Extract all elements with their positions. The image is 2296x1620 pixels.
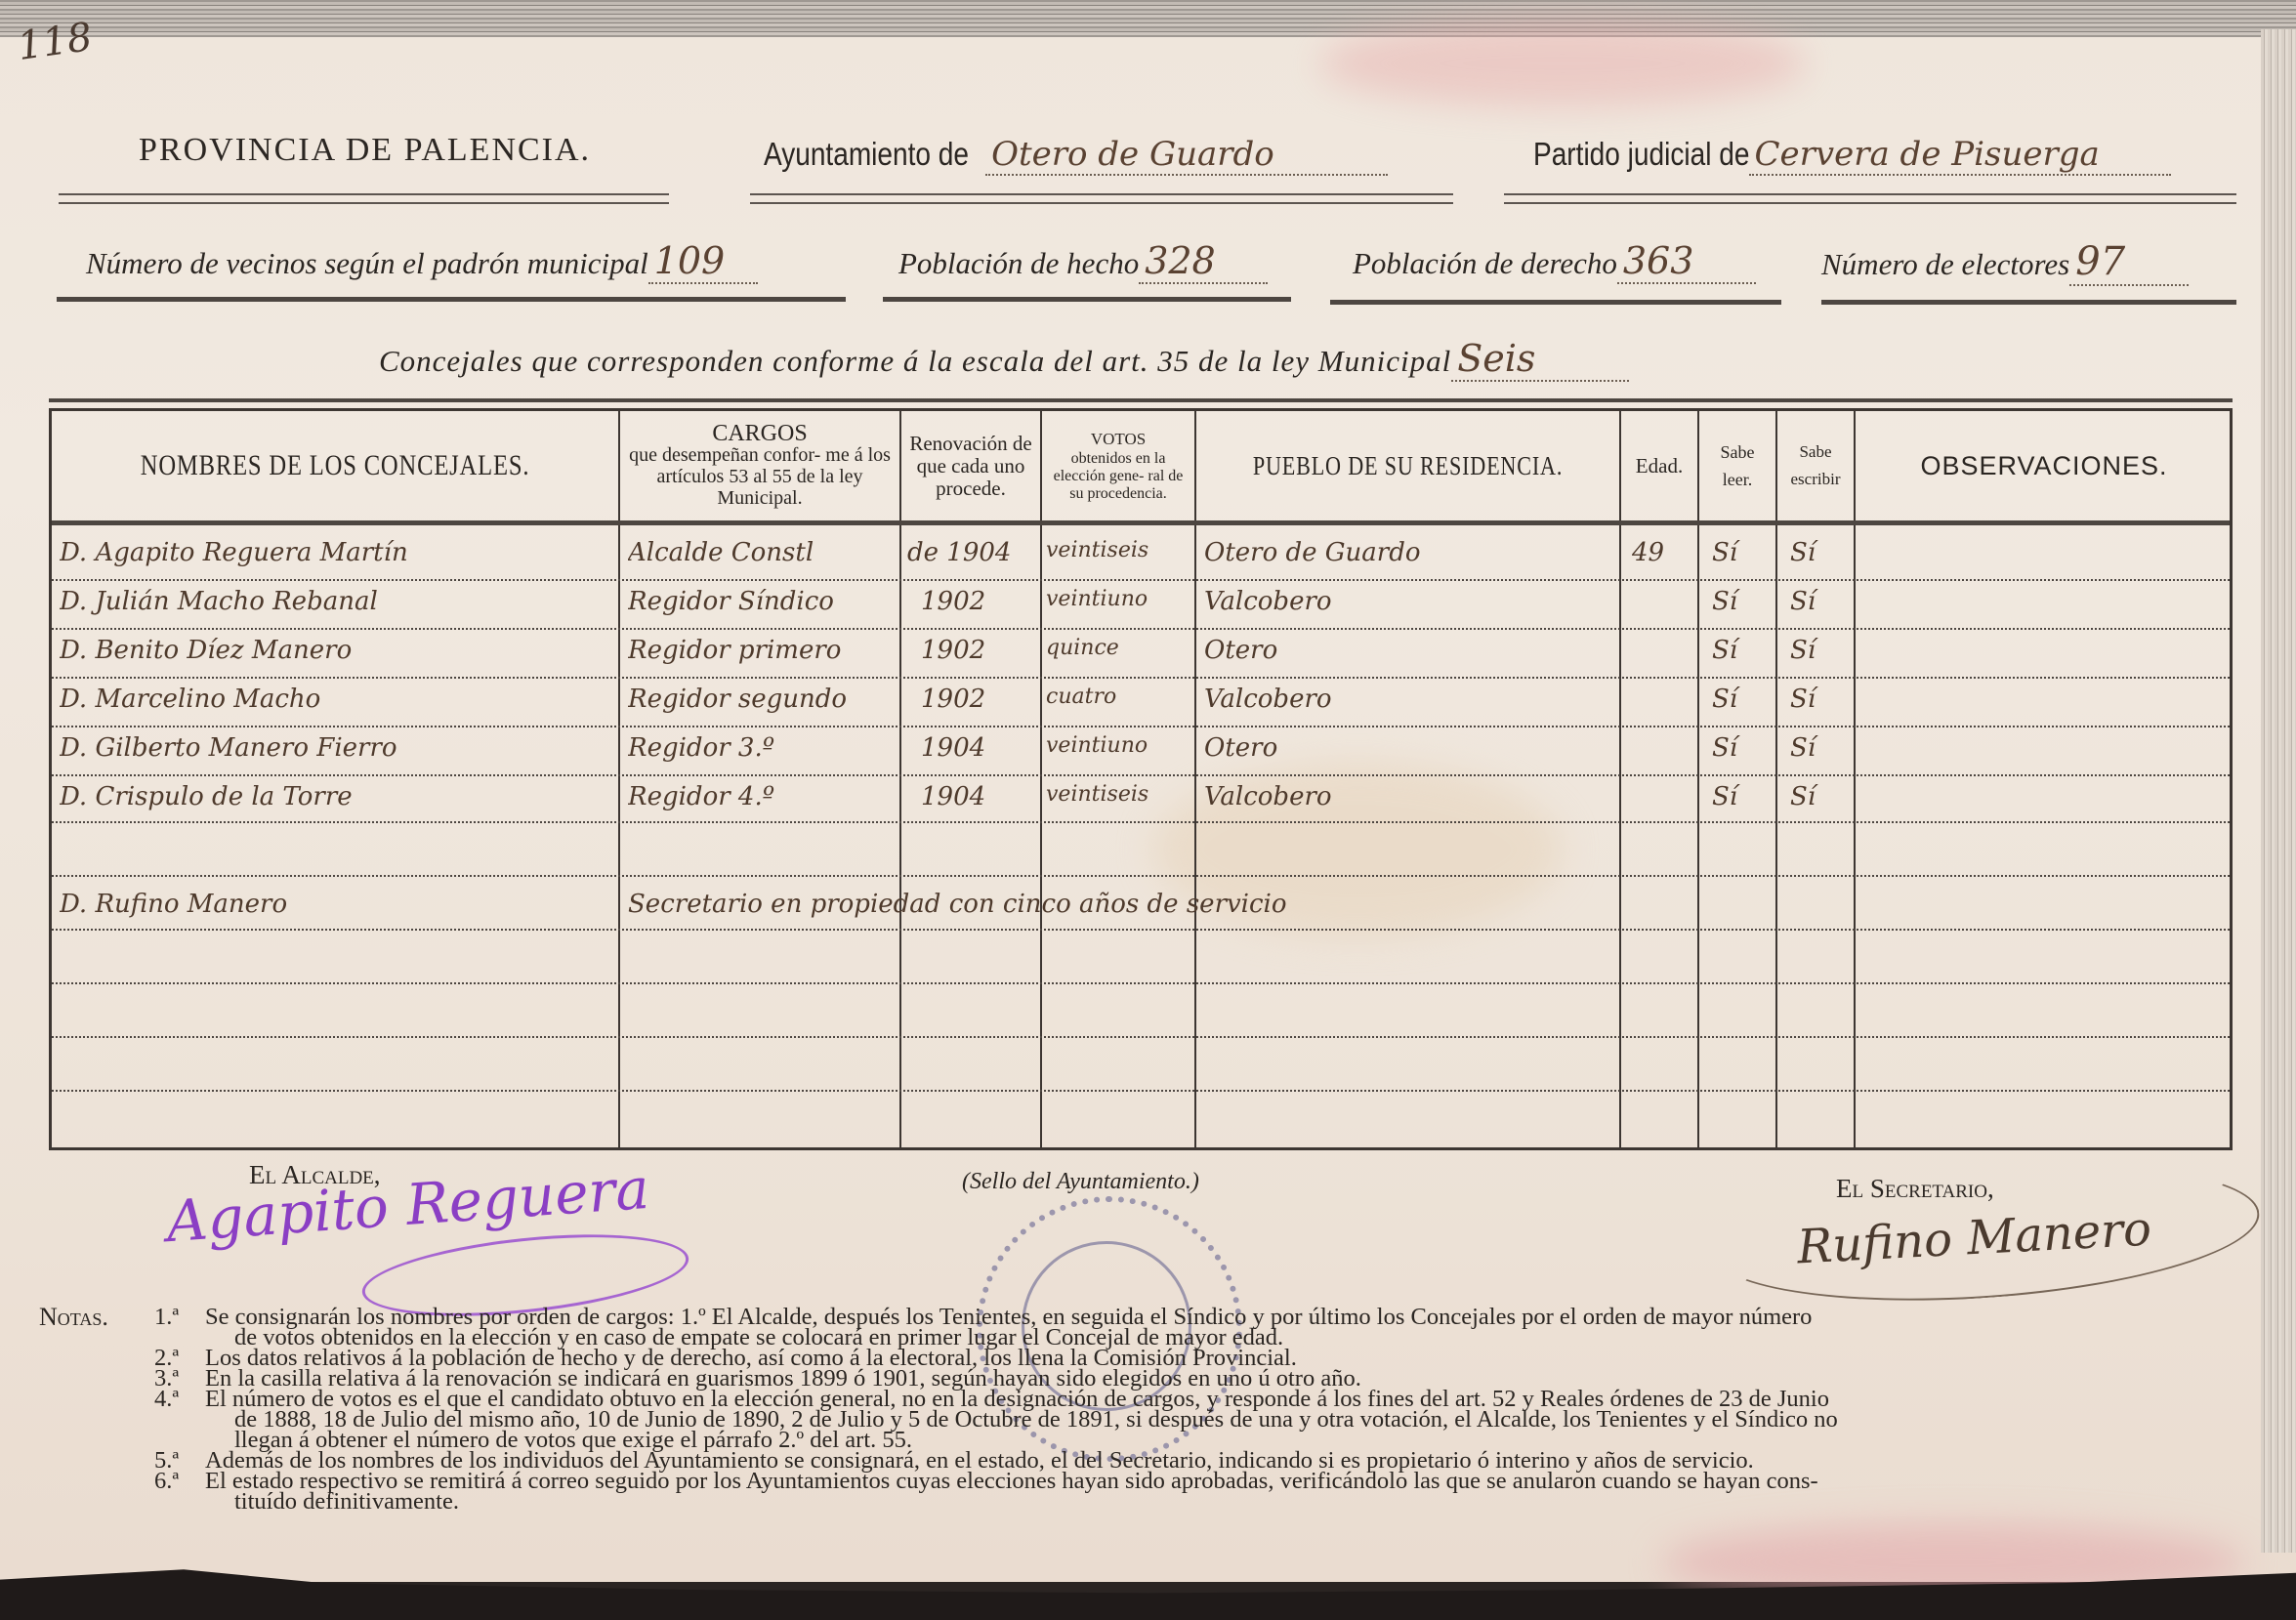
secretario-flourish bbox=[1705, 1147, 2264, 1316]
ayuntamiento-label: Ayuntamiento de bbox=[764, 136, 969, 173]
cell-votos: veintiseis bbox=[1046, 538, 1192, 562]
header-nombres-text: NOMBRES DE LOS CONCEJALES. bbox=[141, 449, 530, 482]
electores-label: Número de electores bbox=[1821, 247, 2069, 282]
sello-label: (Sello del Ayuntamiento.) bbox=[962, 1169, 1199, 1195]
cell-escribir: Sí bbox=[1790, 636, 1849, 665]
provincia-label: PROVINCIA DE PALENCIA. bbox=[139, 132, 591, 169]
rule bbox=[750, 193, 1453, 204]
row-rule bbox=[52, 677, 2230, 679]
header-separator bbox=[52, 520, 2230, 525]
concejales-field: Concejales que corresponden conforme á l… bbox=[379, 337, 1629, 382]
note-number: 4.ª bbox=[154, 1389, 203, 1409]
cell-nombre: D. Julián Macho Rebanal bbox=[60, 587, 616, 616]
cell-cargo-secretario: Secretario en propiedad con cinco años d… bbox=[628, 890, 1995, 919]
electores-field: Número de electores 97 bbox=[1821, 239, 2189, 286]
folio-number: 118 bbox=[15, 15, 95, 69]
cell-renovacion: 1902 bbox=[921, 685, 1038, 714]
note-text: El estado respectivo se remitirá á corre… bbox=[205, 1471, 2236, 1491]
row-rule bbox=[52, 875, 2230, 877]
row-rule bbox=[52, 929, 2230, 931]
partido-label: Partido judicial de bbox=[1533, 136, 1749, 173]
cell-nombre: D. Gilberto Manero Fierro bbox=[60, 733, 616, 763]
cell-cargo: Alcalde Constl bbox=[628, 538, 897, 567]
cell-escribir: Sí bbox=[1790, 538, 1849, 567]
ayuntamiento-field: Ayuntamiento de Otero de Guardo bbox=[764, 135, 1388, 176]
cell-votos: cuatro bbox=[1046, 685, 1192, 709]
note-number: 1.ª bbox=[154, 1307, 203, 1327]
cell-renovacion: 1902 bbox=[921, 636, 1038, 665]
cell-nombre: D. Benito Díez Manero bbox=[60, 636, 616, 665]
concejales-label: Concejales que corresponden conforme á l… bbox=[379, 344, 1451, 379]
row-rule bbox=[52, 1036, 2230, 1038]
cell-escribir: Sí bbox=[1790, 782, 1849, 811]
row-rule bbox=[52, 1090, 2230, 1092]
header-cargos-title: CARGOS bbox=[712, 423, 807, 444]
rule bbox=[59, 193, 669, 204]
cell-renovacion: 1904 bbox=[921, 733, 1038, 763]
cell-escribir: Sí bbox=[1790, 685, 1849, 714]
cell-votos: quince bbox=[1046, 636, 1192, 660]
header-renovacion-text: Renovación de que cada uno procede. bbox=[907, 433, 1034, 500]
partido-value: Cervera de Pisuerga bbox=[1749, 135, 2171, 176]
cell-nombre: D. Agapito Reguera Martín bbox=[60, 538, 616, 567]
header-cargos: CARGOS que desempeñan confor- me á los a… bbox=[620, 411, 899, 520]
row-rule bbox=[52, 726, 2230, 727]
vecinos-field: Número de vecinos según el padrón munici… bbox=[86, 239, 758, 284]
cell-leer: Sí bbox=[1712, 782, 1771, 811]
cell-votos: veintiseis bbox=[1046, 782, 1192, 807]
cell-nombre: D. Rufino Manero bbox=[60, 890, 616, 919]
cell-cargo: Regidor Síndico bbox=[628, 587, 897, 616]
header-nombres: NOMBRES DE LOS CONCEJALES. bbox=[52, 411, 618, 520]
cell-edad: 49 bbox=[1632, 538, 1695, 567]
cell-votos: veintiuno bbox=[1046, 733, 1192, 758]
table-top-rule bbox=[49, 398, 2233, 402]
header-sabe-escribir: Sabe escribir bbox=[1777, 411, 1854, 520]
cell-cargo: Regidor 4.º bbox=[628, 782, 897, 811]
rule bbox=[57, 297, 846, 302]
cell-pueblo: Valcobero bbox=[1204, 782, 1614, 811]
cell-pueblo: Valcobero bbox=[1204, 685, 1614, 714]
header-sabe-leer: Sabe leer. bbox=[1699, 411, 1775, 520]
cell-pueblo: Otero de Guardo bbox=[1204, 538, 1614, 567]
note-text: tituído definitivamente. bbox=[205, 1491, 2188, 1512]
header-pueblo-text: PUEBLO DE SU RESIDENCIA. bbox=[1253, 451, 1563, 481]
cell-leer: Sí bbox=[1712, 685, 1771, 714]
header-renovacion: Renovación de que cada uno procede. bbox=[901, 411, 1040, 520]
cell-renovacion: 1902 bbox=[921, 587, 1038, 616]
row-rule bbox=[52, 982, 2230, 984]
cell-renovacion: de 1904 bbox=[907, 538, 1039, 567]
rule bbox=[1330, 300, 1781, 305]
header-observaciones-text: OBSERVACIONES. bbox=[1920, 451, 2167, 481]
cell-nombre: D. Crispulo de la Torre bbox=[60, 782, 616, 811]
row-rule bbox=[52, 628, 2230, 630]
rule bbox=[1821, 300, 2236, 305]
cell-nombre: D. Marcelino Macho bbox=[60, 685, 616, 714]
cell-leer: Sí bbox=[1712, 636, 1771, 665]
cell-leer: Sí bbox=[1712, 538, 1771, 567]
vecinos-value: 109 bbox=[648, 239, 758, 284]
provincia-heading: PROVINCIA DE PALENCIA. bbox=[139, 132, 591, 169]
header-edad-text: Edad. bbox=[1636, 455, 1683, 477]
derecho-value: 363 bbox=[1617, 239, 1756, 284]
rule bbox=[883, 297, 1291, 302]
header-edad: Edad. bbox=[1621, 411, 1697, 520]
derecho-field: Población de derecho 363 bbox=[1353, 239, 1756, 284]
cell-leer: Sí bbox=[1712, 587, 1771, 616]
derecho-label: Población de derecho bbox=[1353, 246, 1617, 281]
stain bbox=[1318, 20, 1807, 107]
cell-pueblo: Otero bbox=[1204, 636, 1614, 665]
cell-cargo: Regidor primero bbox=[628, 636, 897, 665]
concejales-table: NOMBRES DE LOS CONCEJALES. CARGOS que de… bbox=[49, 408, 2233, 1150]
row-rule bbox=[52, 774, 2230, 776]
hecho-value: 328 bbox=[1139, 239, 1268, 284]
cell-pueblo: Valcobero bbox=[1204, 587, 1614, 616]
cell-votos: veintiuno bbox=[1046, 587, 1192, 611]
header-votos: VOTOS obtenidos en la elección gene- ral… bbox=[1042, 411, 1194, 520]
cell-renovacion: 1904 bbox=[921, 782, 1038, 811]
cell-pueblo: Otero bbox=[1204, 733, 1614, 763]
cell-leer: Sí bbox=[1712, 733, 1771, 763]
hecho-field: Población de hecho 328 bbox=[898, 239, 1268, 284]
cell-escribir: Sí bbox=[1790, 587, 1849, 616]
note-number: 6.ª bbox=[154, 1471, 203, 1491]
header-pueblo: PUEBLO DE SU RESIDENCIA. bbox=[1196, 411, 1619, 520]
header-votos-sub: obtenidos en la elección gene- ral de su… bbox=[1048, 450, 1190, 503]
header-sabe-escribir-text: Sabe escribir bbox=[1778, 438, 1853, 493]
concejales-value: Seis bbox=[1451, 337, 1629, 382]
notes-label: Notas. bbox=[39, 1307, 108, 1327]
header-cargos-sub: que desempeñan confor- me á los artículo… bbox=[628, 444, 892, 509]
rule bbox=[1504, 193, 2236, 204]
hecho-label: Población de hecho bbox=[898, 246, 1139, 281]
header-sabe-leer-text: Sabe leer. bbox=[1708, 438, 1767, 493]
header-observaciones: OBSERVACIONES. bbox=[1856, 411, 2233, 520]
ayuntamiento-value: Otero de Guardo bbox=[985, 135, 1388, 176]
partido-field: Partido judicial de Cervera de Pisuerga bbox=[1533, 135, 2171, 176]
book-binding-edge bbox=[0, 0, 2296, 37]
document-page: 118 PROVINCIA DE PALENCIA. Ayuntamiento … bbox=[0, 0, 2296, 1582]
row-rule bbox=[52, 579, 2230, 581]
row-rule bbox=[52, 821, 2230, 823]
header-votos-title: VOTOS bbox=[1091, 429, 1146, 450]
page-stack-edge bbox=[2261, 29, 2296, 1553]
vecinos-label: Número de vecinos según el padrón munici… bbox=[86, 246, 648, 281]
electores-value: 97 bbox=[2069, 239, 2189, 286]
cell-cargo: Regidor 3.º bbox=[628, 733, 897, 763]
cell-escribir: Sí bbox=[1790, 733, 1849, 763]
cell-cargo: Regidor segundo bbox=[628, 685, 897, 714]
